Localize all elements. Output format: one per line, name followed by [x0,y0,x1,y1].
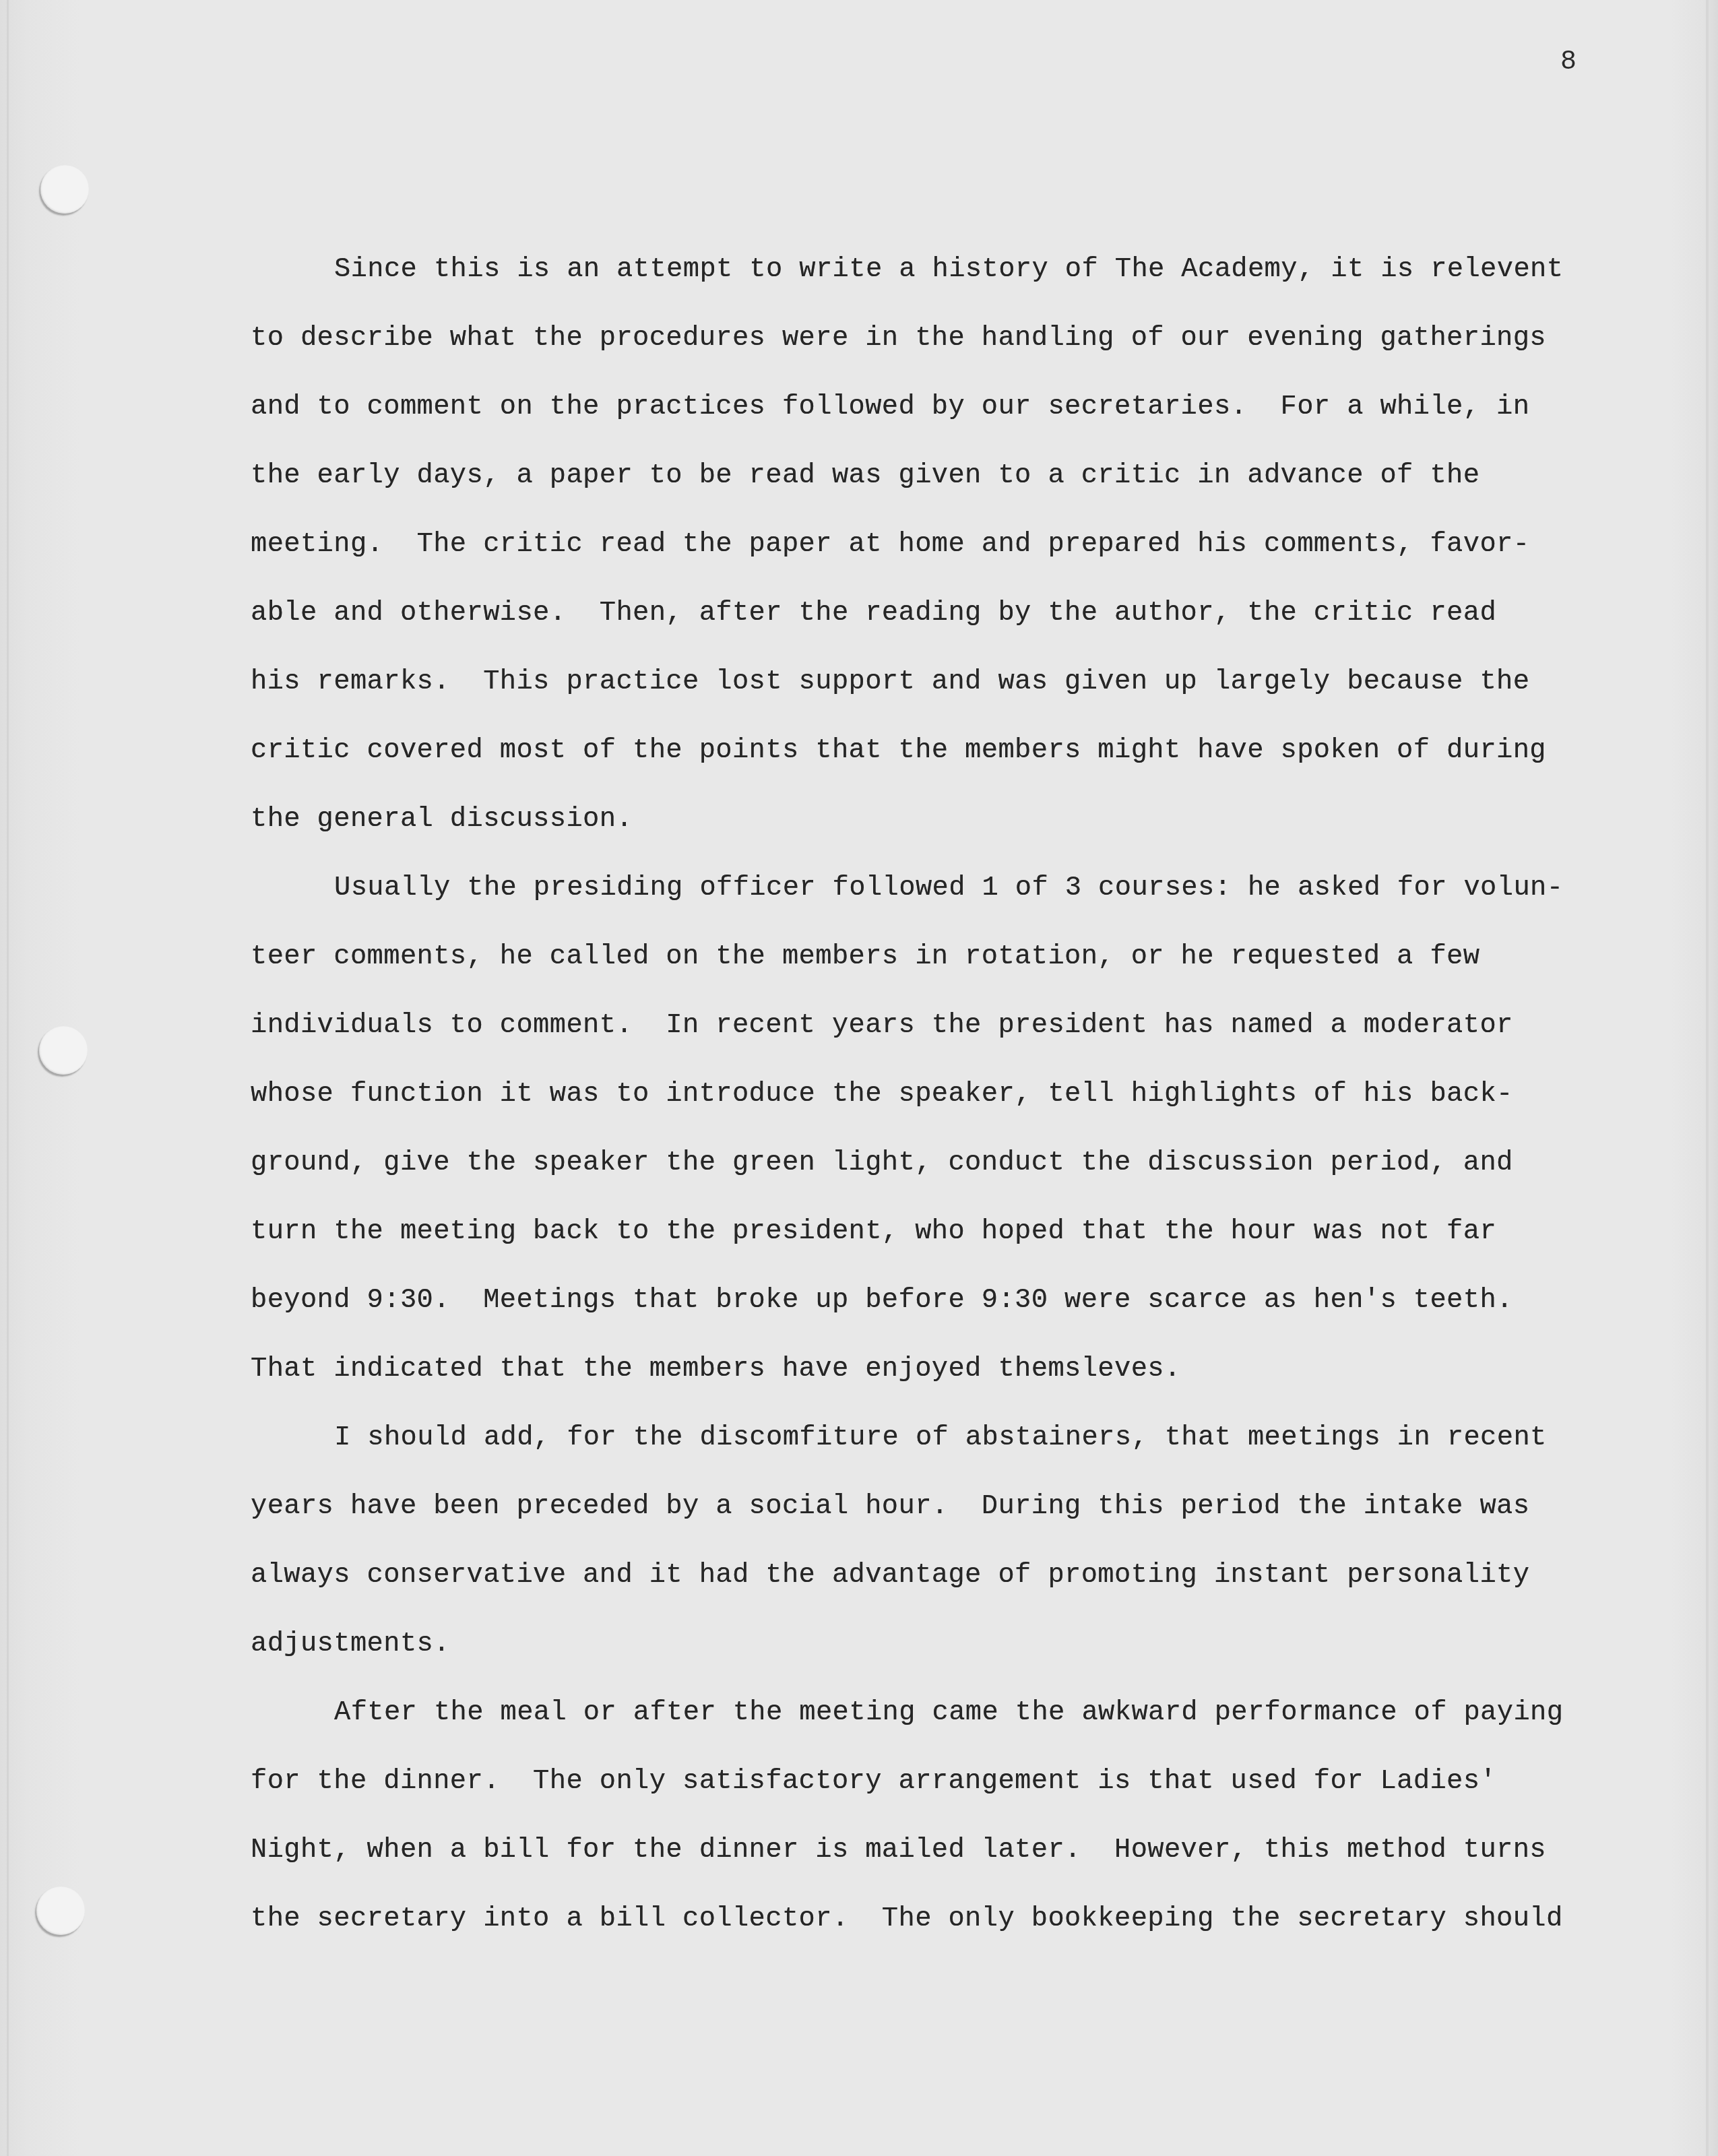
text-line: After the meal or after the meeting came… [334,1692,1563,1733]
text-line: and to comment on the practices followed… [251,387,1529,427]
binder-hole-icon [40,165,89,214]
text-line: individuals to comment. In recent years … [251,1005,1513,1046]
text-line: meeting. The critic read the paper at ho… [251,524,1529,565]
text-line: for the dinner. The only satisfactory ar… [251,1761,1496,1802]
text-line: always conservative and it had the advan… [251,1555,1529,1595]
text-line: to describe what the procedures were in … [251,318,1546,358]
text-line: I should add, for the discomfiture of ab… [334,1418,1547,1458]
text-line: teer comments, he called on the members … [251,937,1480,977]
text-line: beyond 9:30. Meetings that broke up befo… [251,1280,1513,1321]
text-line: turn the meeting back to the president, … [251,1211,1496,1252]
text-line: the general discussion. [251,799,633,839]
text-line: adjustments. [251,1624,450,1664]
text-line: Usually the presiding officer followed 1… [334,868,1563,908]
page-right-edge [1706,0,1709,2156]
binder-hole-icon [36,1886,85,1935]
text-line: years have been preceded by a social hou… [251,1486,1529,1527]
text-line: his remarks. This practice lost support … [251,662,1529,702]
text-line: ground, give the speaker the green light… [251,1143,1513,1183]
text-line: whose function it was to introduce the s… [251,1074,1513,1114]
text-line: Since this is an attempt to write a hist… [334,249,1563,290]
text-line: Night, when a bill for the dinner is mai… [251,1830,1546,1870]
document-page: 8 Since this is an attempt to write a hi… [0,0,1718,2156]
text-line: the secretary into a bill collector. The… [251,1899,1563,1939]
page-left-edge [7,0,9,2156]
text-line: That indicated that the members have enj… [251,1349,1181,1389]
binder-hole-icon [39,1026,88,1075]
page-number: 8 [1560,47,1577,77]
text-line: critic covered most of the points that t… [251,730,1546,771]
text-line: the early days, a paper to be read was g… [251,455,1480,496]
text-line: able and otherwise. Then, after the read… [251,593,1496,633]
